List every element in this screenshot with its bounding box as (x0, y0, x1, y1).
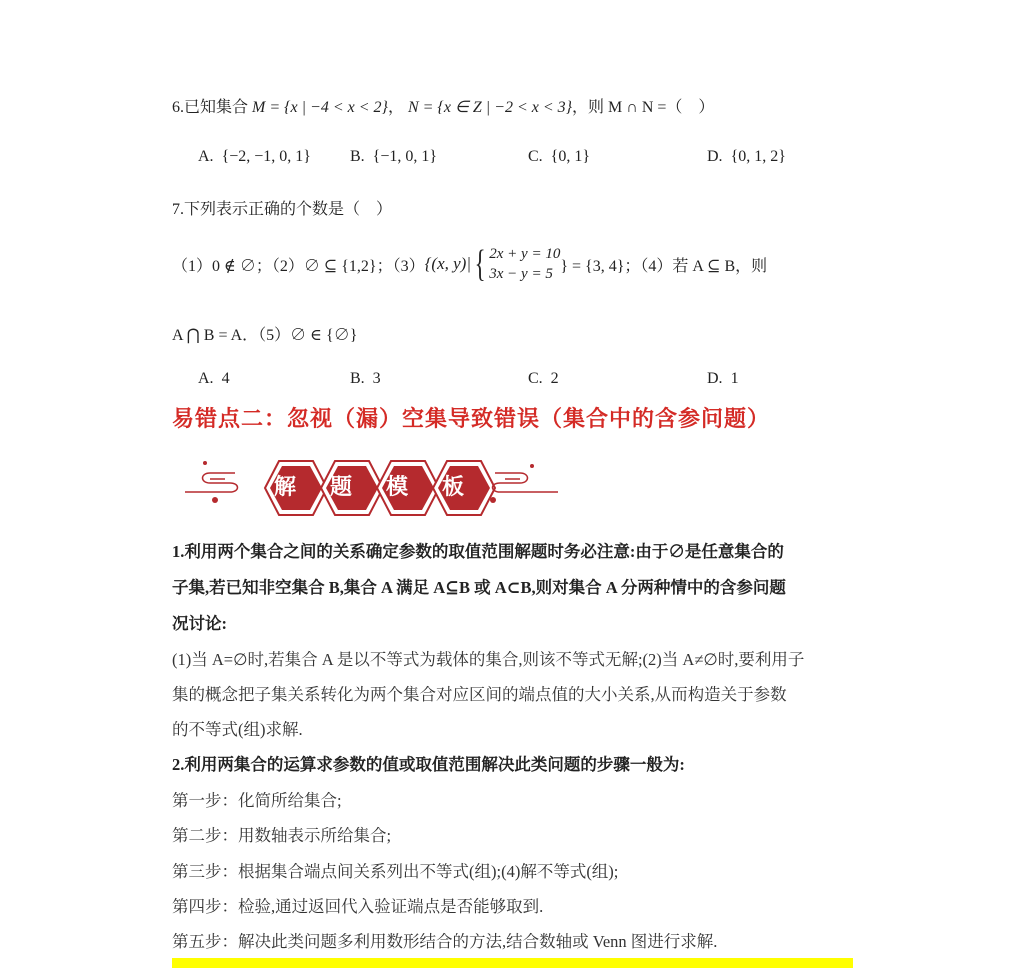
banner-char-4: 板 (425, 470, 481, 501)
point-1-line-2: 子集,若已知非空集合 B,集合 A 满足 A⊆B 或 A⊂B,则对集合 A 分两… (172, 574, 786, 598)
step-4: 第四步：检验,通过返回代入验证端点是否能够取到. (172, 893, 543, 917)
q6-option-a: A. {−2, −1, 0, 1} (198, 148, 311, 166)
point-1-line-1: 1.利用两个集合之间的关系确定参数的取值范围解题时务必注意:由于∅是任意集合的 (172, 538, 784, 562)
step-1: 第一步：化简所给集合; (172, 787, 342, 811)
banner-text: 解 题 模 板 (257, 470, 537, 501)
para-line-3: 的不等式(组)求解. (172, 716, 303, 740)
swirl-decoration-left-icon (185, 473, 238, 492)
q7-eq1: 2x + y = 10 (489, 244, 560, 264)
step-3: 第三步：根据集合端点间关系列出不等式(组);(4)解不等式(组); (172, 858, 618, 882)
q7-option-b: B. 3 (350, 370, 381, 388)
q7-option-d: D. 1 (707, 370, 739, 388)
q6-set-m: M = {x | −4 < x < 2} (252, 99, 388, 116)
question-6-stem: 6.已知集合 M = {x | −4 < x < 2}， N = {x ∈ Z … (172, 94, 714, 117)
q6-suffix: ，则 M ∩ N =（ ） (572, 99, 714, 116)
point-1-line-3: 况讨论: (172, 610, 227, 634)
q6-option-d: D. {0, 1, 2} (707, 148, 786, 166)
q6-option-c: C. {0, 1} (528, 148, 590, 166)
q6-option-b: B. {−1, 0, 1} (350, 148, 437, 166)
q7-eq2: 3x − y = 5 (489, 264, 560, 284)
q7-option-c: C. 2 (528, 370, 559, 388)
q7-line-2: A ⋂ B = A．（5）∅ ∈ {∅} (172, 322, 357, 345)
q6-set-n: N = {x ∈ Z | −2 < x < 3} (408, 99, 572, 116)
section-heading: 易错点二：忽视（漏）空集导致错误（集合中的含参问题） (172, 402, 770, 433)
step-2: 第二步：用数轴表示所给集合; (172, 822, 391, 846)
highlight-bar (172, 958, 853, 968)
q7-set-left: {(x, y)| (425, 254, 471, 274)
system-brace: { (475, 245, 486, 283)
question-7-stem: 7.下列表示正确的个数是（ ） (172, 196, 392, 219)
banner-char-2: 题 (313, 470, 369, 501)
q7-items-1-3: （1）0 ∉ ∅；（2）∅ ⊆ {1,2}；（3） (172, 253, 425, 276)
para-line-1: (1)当 A=∅时,若集合 A 是以不等式为载体的集合,则该不等式无解;(2)当… (172, 646, 804, 670)
q7-set-right: } = {3, 4}；（4）若 A ⊆ B，则 (560, 253, 767, 276)
banner-char-1: 解 (257, 470, 313, 501)
q6-prefix: 6.已知集合 (172, 99, 248, 116)
para-line-2: 集的概念把子集关系转化为两个集合对应区间的端点值的大小关系,从而构造关于参数 (172, 681, 787, 705)
q6-sep: ， (388, 99, 404, 116)
q7-items-line: （1）0 ∉ ∅；（2）∅ ⊆ {1,2}；（3） {(x, y)| { 2x … (172, 244, 767, 284)
point-2: 2.利用两集合的运算求参数的值或取值范围解决此类问题的步骤一般为: (172, 751, 685, 775)
banner-char-3: 模 (369, 470, 425, 501)
q7-equation-system: { 2x + y = 10 3x − y = 5 (471, 244, 560, 284)
q7-option-a: A. 4 (198, 370, 230, 388)
step-5: 第五步：解决此类问题多利用数形结合的方法,结合数轴或 Venn 图进行求解. (172, 928, 717, 952)
